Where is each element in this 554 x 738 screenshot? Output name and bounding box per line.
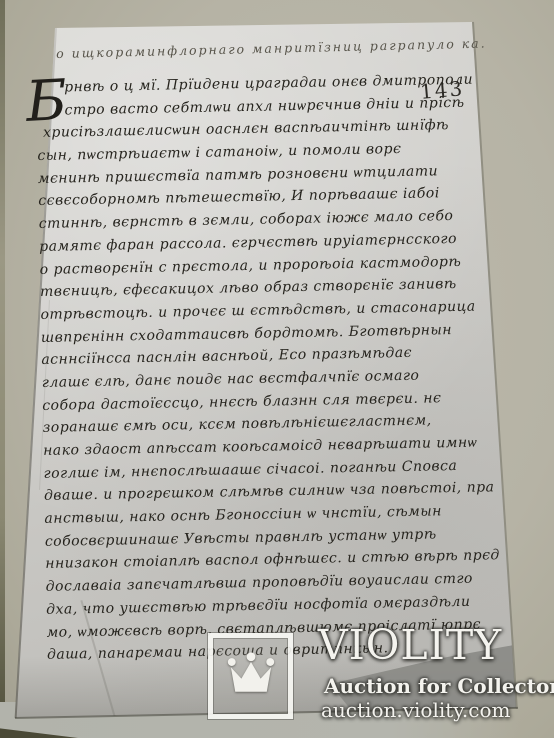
left-border-strip xyxy=(0,0,5,738)
manuscript-text: рнвѣ о ц мї. Прїидени цраградаи онєв дми… xyxy=(36,71,512,670)
brand-tagline: Auction for Collectors xyxy=(324,674,554,698)
crown-icon xyxy=(223,651,279,701)
crown-badge xyxy=(208,633,293,719)
brand-name: VIOLITY xyxy=(318,621,502,669)
brand-url: auction.violity.com xyxy=(321,698,511,722)
auction-photo: о ищкораминфлорнаго манритїзниц раграпул… xyxy=(0,0,554,738)
